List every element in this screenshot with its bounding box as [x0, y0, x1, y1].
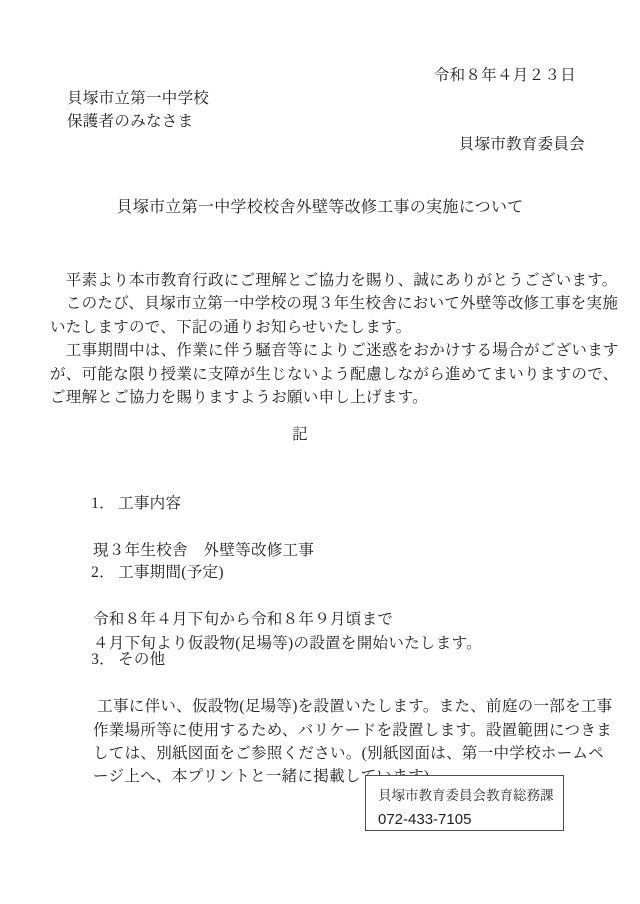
body-line: いたしますので、下記の通りお知らせいたします。: [50, 316, 625, 339]
school-name: 貝塚市立第一中学校: [50, 87, 620, 110]
contact-phone: 072-433-7105: [378, 808, 557, 832]
body-line: が、可能な限り授業に支障が生じないよう配慮しながら進めてまいりますので、: [50, 363, 625, 386]
body-line: 工事期間中は、作業に伴う騒音等によりご迷惑をおかけする場合がございます: [50, 339, 625, 362]
item-heading-row: 2．工事期間(予定): [50, 538, 625, 608]
body-paragraphs: 平素より本市教育行政にご理解とご協力を賜り、誠にありがとうございます。 このたび…: [50, 269, 625, 409]
recipient-line: 保護者のみなさま: [50, 110, 620, 133]
contact-box: 貝塚市教育委員会教育総務課 072-433-7105: [365, 775, 564, 831]
item-line: 工事に伴い、仮設物(足場等)を設置いたします。また、前庭の一部を工事: [93, 695, 625, 718]
document-date: 令和８年４月２３日: [50, 64, 620, 87]
contact-department: 貝塚市教育委員会教育総務課: [378, 784, 557, 808]
document-title: 貝塚市立第一中学校校舎外壁等改修工事の実施について: [0, 196, 640, 220]
item-number: 1．: [91, 492, 118, 515]
item-heading: 工事期間(予定): [118, 564, 224, 581]
list-item-3: 3．その他 工事に伴い、仮設物(足場等)を設置いたします。また、前庭の一部を工事…: [50, 625, 625, 789]
sender-name: 貝塚市教育委員会: [50, 133, 620, 156]
item-heading: 工事内容: [118, 495, 181, 512]
item-line: 作業場所等に使用するため、バリケードを設置します。設置範囲につきま: [93, 719, 625, 742]
item-line: しては、別紙図面をご参照ください。(別紙図面は、第一中学校ホームペ: [93, 742, 625, 765]
body-line: このたび、貝塚市立第一中学校の現３年生校舎において外壁等改修工事を実施: [50, 292, 625, 315]
item-number: 3．: [91, 648, 118, 671]
item-number: 2．: [91, 561, 118, 584]
item-heading: その他: [118, 651, 165, 668]
item-heading-row: 1．工事内容: [50, 469, 625, 539]
body-line: ご理解とご協力を賜りますようお願い申し上げます。: [50, 386, 625, 409]
body-line: 平素より本市教育行政にご理解とご協力を賜り、誠にありがとうございます。: [50, 269, 625, 292]
item-heading-row: 3．その他: [50, 625, 625, 695]
document-page: 令和８年４月２３日 貝塚市立第一中学校 保護者のみなさま 貝塚市教育委員会 貝塚…: [0, 0, 640, 904]
ki-marker: 記: [0, 423, 600, 446]
